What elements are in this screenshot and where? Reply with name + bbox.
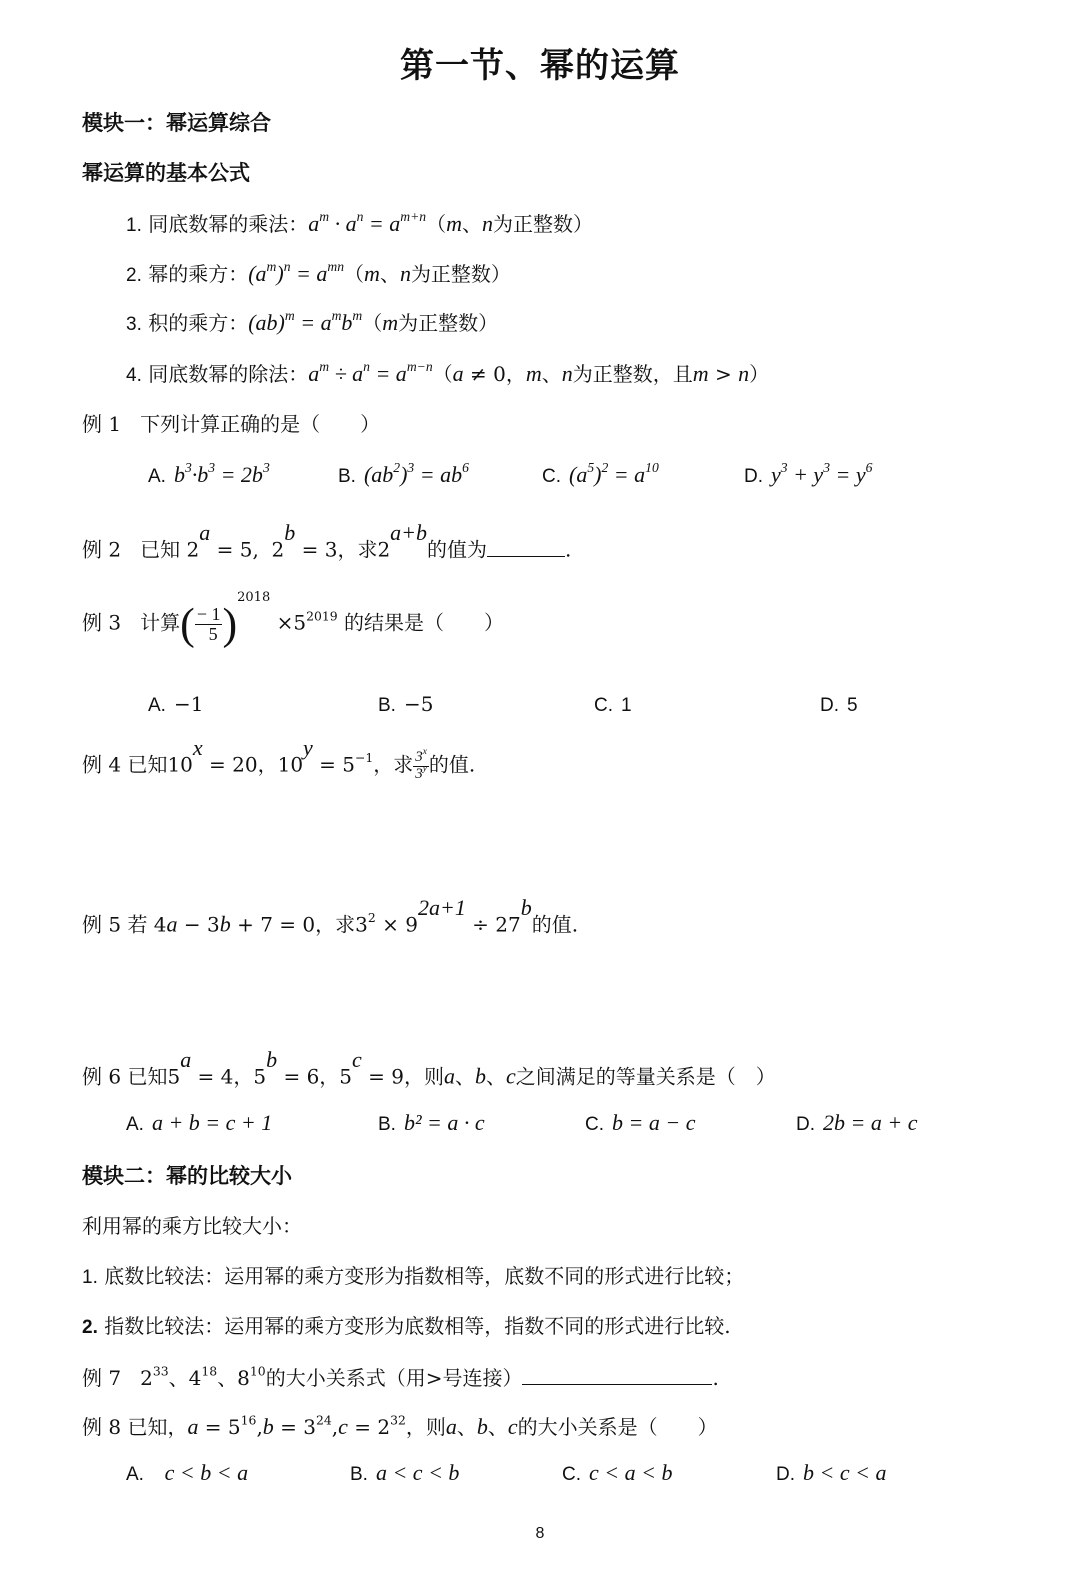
module1-heading: 模块一：幂运算综合 bbox=[82, 107, 271, 137]
formula-4: 4. 同底数幂的除法：am ÷ an = am−n（a ≠ 0，m、n为正整数，… bbox=[126, 358, 769, 387]
formula-1: 1. 同底数幂的乘法：am · an = am+n（m、n为正整数） bbox=[126, 208, 593, 237]
ex8-option-c[interactable]: C.c < a < b bbox=[562, 1460, 672, 1486]
answer-blank[interactable] bbox=[522, 1364, 712, 1385]
example-4: 例 4 已知10x = 20，10y = 5−1，求3x3y的值. bbox=[82, 748, 475, 782]
formula-3: 3. 积的乘方：(ab)m = ambm（m为正整数） bbox=[126, 307, 498, 336]
method-1: 1. 底数比较法：运用幂的乘方变形为指数相等，底数不同的形式进行比较； bbox=[82, 1260, 744, 1289]
ex3-option-c[interactable]: C.1 bbox=[594, 692, 632, 717]
ex1-option-a[interactable]: A.b3·b3 = 2b3 bbox=[148, 462, 270, 488]
ex8-option-a[interactable]: A. c < b < a bbox=[126, 1460, 248, 1486]
method-2: 2. 指数比较法：运用幂的乘方变形为底数相等，指数不同的形式进行比较. bbox=[82, 1310, 731, 1339]
page-title: 第一节、幂的运算 bbox=[0, 38, 1080, 87]
ex8-option-d[interactable]: D.b < c < a bbox=[776, 1460, 886, 1486]
formulas-subheading: 幂运算的基本公式 bbox=[82, 157, 250, 187]
answer-blank[interactable] bbox=[487, 536, 565, 557]
module2-heading: 模块二：幂的比较大小 bbox=[82, 1160, 292, 1190]
ex8-option-b[interactable]: B.a < c < b bbox=[350, 1460, 459, 1486]
example-3: 例 3 计算(− 1 5)2018 ×52019 的结果是（ ） bbox=[82, 598, 504, 650]
example-8: 例 8 已知，a = 516,b = 324,c = 232，则a、b、c的大小… bbox=[82, 1411, 718, 1440]
formula-2: 2. 幂的乘方：(am)n = amn（m、n为正整数） bbox=[126, 258, 511, 287]
ex1-option-d[interactable]: D.y3 + y3 = y6 bbox=[744, 462, 872, 488]
ex1-option-c[interactable]: C.(a5)2 = a10 bbox=[542, 462, 659, 488]
ex3-option-d[interactable]: D.5 bbox=[820, 692, 858, 717]
example-6: 例 6 已知5a = 4，5b = 6，5c = 9，则a、b、c之间满足的等量… bbox=[82, 1060, 776, 1090]
ex1-option-b[interactable]: B.(ab2)3 = ab6 bbox=[338, 462, 469, 488]
example-2: 例 2 已知 2a = 5, 2b = 3，求2a+b的值为. bbox=[82, 533, 571, 563]
ex6-option-d[interactable]: D.2b = a + c bbox=[796, 1110, 917, 1136]
module2-intro: 利用幂的乘方比较大小： bbox=[82, 1210, 302, 1239]
ex3-option-b[interactable]: B.−5 bbox=[378, 692, 433, 717]
ex6-option-c[interactable]: C.b = a − c bbox=[585, 1110, 695, 1136]
ex6-option-a[interactable]: A.a + b = c + 1 bbox=[126, 1110, 272, 1136]
ex3-option-a[interactable]: A.−1 bbox=[148, 692, 203, 717]
page-number: 8 bbox=[0, 1525, 1080, 1543]
ex6-option-b[interactable]: B.b² = a · c bbox=[378, 1110, 485, 1136]
example-1: 例 1 下列计算正确的是（ ） bbox=[82, 408, 380, 437]
example-7: 例 7 233、418、810的大小关系式（用>号连接）. bbox=[82, 1362, 719, 1391]
example-5: 例 5 若 4a − 3b + 7 = 0，求32 × 92a+1 ÷ 27b的… bbox=[82, 908, 578, 938]
